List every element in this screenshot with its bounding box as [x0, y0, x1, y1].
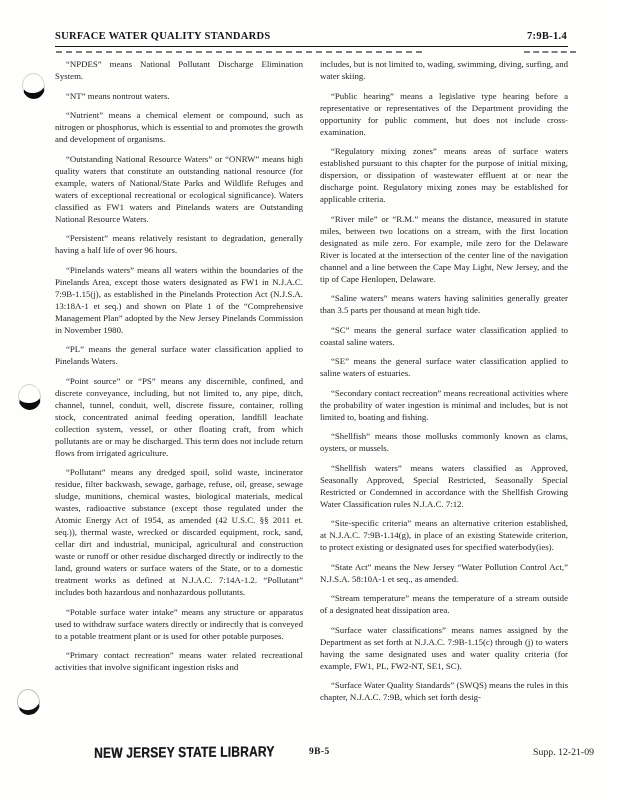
definition-paragraph: “Point source” or “PS” means any discern…: [55, 375, 303, 459]
definition-paragraph: “Nutrient” means a chemical element or c…: [55, 109, 303, 145]
definition-paragraph: “Potable surface water intake” means any…: [55, 606, 303, 642]
definition-paragraph: “Shellfish” means those mollusks commonl…: [320, 430, 568, 454]
definition-paragraph: “Surface water classifications” means na…: [320, 624, 568, 672]
hole-punch-mark: [17, 383, 42, 411]
definition-paragraph: includes, but is not limited to, wading,…: [320, 58, 568, 82]
right-column: includes, but is not limited to, wading,…: [320, 58, 568, 711]
header-title: SURFACE WATER QUALITY STANDARDS: [55, 31, 271, 42]
definition-paragraph: “Pinelands waters” means all waters with…: [55, 264, 303, 336]
header-section-code: 7:9B-1.4: [527, 31, 567, 42]
supplement-date: Supp. 12-21-09: [533, 747, 594, 758]
two-column-text: “NPDES” means National Pollutant Dischar…: [55, 58, 568, 711]
definition-paragraph: “River mile” or “R.M.” means the distanc…: [320, 213, 568, 285]
definition-paragraph: “State Act” means the New Jersey “Water …: [320, 561, 568, 585]
header-rule-dashed-right: [524, 51, 576, 53]
page-number: 9B-5: [309, 747, 330, 757]
definition-paragraph: “NT” means nontrout waters.: [55, 90, 303, 102]
definition-paragraph: “Surface Water Quality Standards” (SWQS)…: [320, 679, 568, 703]
definition-paragraph: “Primary contact recreation” means water…: [55, 649, 303, 673]
definition-paragraph: “Persistent” means relatively resistant …: [55, 232, 303, 256]
definition-paragraph: “Public hearing” means a legislative typ…: [320, 90, 568, 138]
definition-paragraph: “NPDES” means National Pollutant Dischar…: [55, 58, 303, 82]
header-rule: [55, 46, 568, 47]
hole-punch-mark: [21, 72, 47, 100]
definition-paragraph: “Regulatory mixing zones” means areas of…: [320, 145, 568, 205]
left-column: “NPDES” means National Pollutant Dischar…: [55, 58, 303, 711]
definition-paragraph: “Saline waters” means waters having sali…: [320, 292, 568, 316]
definition-paragraph: “Pollutant” means any dredged spoil, sol…: [55, 466, 303, 598]
definition-paragraph: “Site-specific criteria” means an altern…: [320, 517, 568, 553]
scanned-document-page: SURFACE WATER QUALITY STANDARDS 7:9B-1.4…: [0, 0, 618, 800]
library-stamp: NEW JERSEY STATE LIBRARY: [94, 743, 275, 762]
definition-paragraph: “Secondary contact recreation” means rec…: [320, 387, 568, 423]
definition-paragraph: “Shellfish waters” means waters classifi…: [320, 462, 568, 510]
hole-punch-mark: [15, 687, 42, 717]
page-header: SURFACE WATER QUALITY STANDARDS 7:9B-1.4: [55, 31, 567, 42]
definition-paragraph: “PL” means the general surface water cla…: [55, 343, 303, 367]
definition-paragraph: “SC” means the general surface water cla…: [320, 324, 568, 348]
header-rule-dashed-left: [56, 51, 422, 53]
definition-paragraph: “SE” means the general surface water cla…: [320, 355, 568, 379]
definition-paragraph: “Stream temperature” means the temperatu…: [320, 592, 568, 616]
definition-paragraph: “Outstanding National Resource Waters” o…: [55, 153, 303, 225]
